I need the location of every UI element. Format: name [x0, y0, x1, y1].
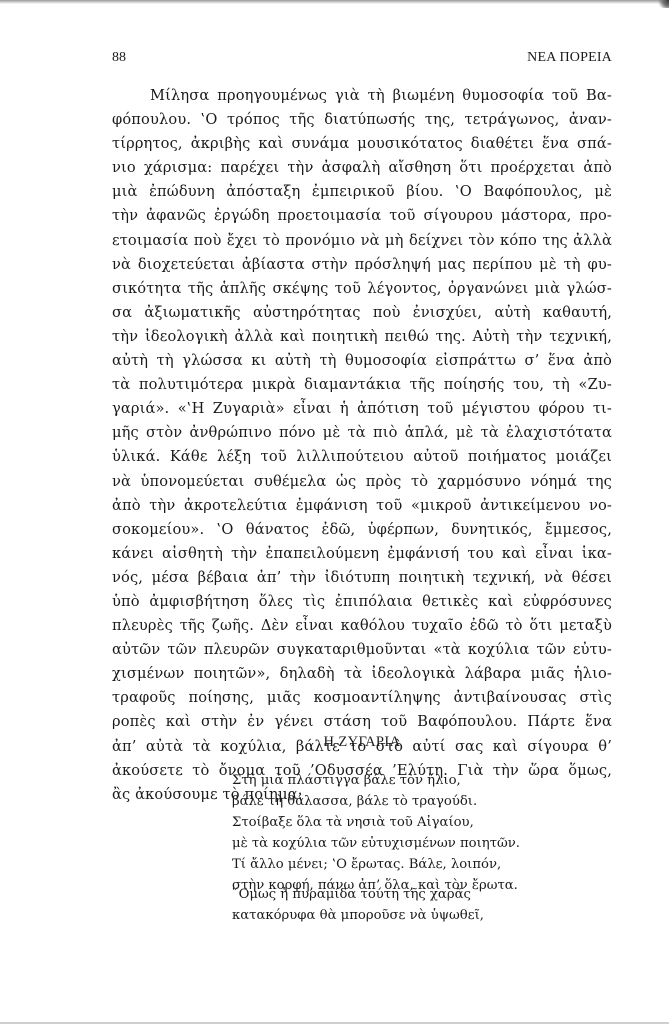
body-line: ἀπὸ τὴν ἀκροτελεύτια ἐμφάνιση τοῦ «μικρο… [112, 494, 612, 518]
poem-line: βάλε τὴ θάλασσα, βάλε τὸ τραγούδι. [232, 791, 520, 812]
body-line: νός, μέσα βέβαια ἀπ’ τὴν ἰδιότυπη ποιητι… [112, 566, 612, 590]
body-line: κάνει αἰσθητὴ τὴν ἐπαπειλούμενη ἐμφάνισή… [112, 542, 612, 566]
body-line: νὰ ὑπονομεύεται συθέμελα ὡς πρὸς τὸ χαρμ… [112, 470, 612, 494]
running-head: 88 ΝΕΑ ΠΟΡΕΙΑ [112, 50, 612, 70]
body-line: τὴν ἰδεολογικὴ ἀλλὰ καὶ ποιητικὴ πειθώ τ… [112, 325, 612, 349]
body-line: σικότητα τῆς ἁπλῆς σκέψης τοῦ λέγοντος, … [112, 277, 612, 301]
poem-line: μὲ τὰ κοχύλια τῶν εὐτυχισμένων ποιητῶν. [232, 833, 520, 854]
body-line: ὑλικά. Κάθε λέξη τοῦ λιλλιπούτειου αὐτοῦ… [112, 445, 612, 469]
body-line: τὴν ἀφανῶς ἐργώδη προετοιμασία τοῦ σίγου… [112, 204, 612, 228]
poem-stanza: Στὴ μιὰ πλάστιγγα βάλε τὸν ἥλιο, βάλε τὴ… [232, 770, 520, 896]
poem-stanza: ῞Ομως ἡ πυραμίδα τούτη τῆς χαρᾶς κατακόρ… [232, 884, 484, 926]
poem-line: ῞Ομως ἡ πυραμίδα τούτη τῆς χαρᾶς [232, 884, 484, 905]
body-line: ετοιμασία ποὺ ἔχει τὸ προνόμιο νὰ μὴ δεί… [112, 229, 612, 253]
poem-line: Τί ἄλλο μένει; ‛Ο ἔρωτας. Βάλε, λοιπόν, [232, 854, 520, 875]
body-line: σα ἀξιωματικῆς αὐστηρότητας ποὺ ἐνισχύει… [112, 301, 612, 325]
page-number: 88 [112, 50, 126, 66]
journal-title: ΝΕΑ ΠΟΡΕΙΑ [527, 50, 612, 66]
body-line: ροπὲς καὶ στὴν ἐν γένει στάση τοῦ Βαφόπο… [112, 710, 612, 734]
poem-line: Στοίβαξε ὅλα τὰ νησιὰ τοῦ Αἰγαίου, [232, 812, 520, 833]
body-line: αὐτὴ τὴ γλώσσα κι αὐτὴ τὴ θυμοσοφία εἰσπ… [112, 349, 612, 373]
body-line: τὰ πολυτιμότερα μικρὰ διαμαντάκια τῆς πο… [112, 373, 612, 397]
body-line: πλευρὲς τῆς ζωῆς. Δὲν εἶναι καθόλου τυχα… [112, 614, 612, 638]
body-line: φόπουλου. ‛Ο τρόπος τῆς διατύπωσής της, … [112, 108, 612, 132]
poem-line: κατακόρυφα θὰ μποροῦσε νὰ ὑψωθεῖ, [232, 905, 484, 926]
poem-line: Στὴ μιὰ πλάστιγγα βάλε τὸν ἥλιο, [232, 770, 520, 791]
page-top-edge-shadow [0, 0, 669, 4]
body-line: μῆς στὸν ἀνθρώπινο πόνο μὲ τὰ πιὸ ἁπλά, … [112, 421, 612, 445]
body-line: χισμένων ποιητῶν», δηλαδὴ τὰ ἰδεολογικὰ … [112, 662, 612, 686]
body-line: μιὰ ἐπώδυνη ἀπόσταξη ἐμπειρικοῦ βίου. ‛Ο… [112, 180, 612, 204]
body-line: τίρρητος, ἀκριβὴς καὶ συνάμα μουσικότατο… [112, 132, 612, 156]
body-line: γαριά». «‛Η Ζυγαριὰ» εἶναι ἡ ἀπότιση τοῦ… [112, 397, 612, 421]
body-line: τραφοῦς ποίησης, μιᾶς κοσμοαντίληψης ἀντ… [112, 686, 612, 710]
body-line: νιο χάρισμα: παρέχει τὴν ἀσφαλὴ αἴσθηση … [112, 156, 612, 180]
body-line: σοκομείου». ‛Ο θάνατος ἐδῶ, ὑφέρπων, δυν… [112, 518, 612, 542]
body-line: Μίλησα προηγουμένως γιὰ τὴ βιωμένη θυμοσ… [112, 84, 612, 108]
body-line: ὑπὸ ἀμφισβήτηση ὅλες τὶς ἐπιπόλαια θετικ… [112, 590, 612, 614]
body-line: αὐτῶν τῶν πλευρῶν συγκαταριθμοῦνται «τὰ … [112, 638, 612, 662]
poem-title: Η ΖΥΓΑΡΙΑ [112, 734, 612, 751]
body-line: νὰ διοχετεύεται ἀβίαστα στὴν πρόσληψή μα… [112, 253, 612, 277]
page-corner-shadow [655, 0, 669, 8]
body-paragraph: Μίλησα προηγουμένως γιὰ τὴ βιωμένη θυμοσ… [112, 84, 612, 807]
